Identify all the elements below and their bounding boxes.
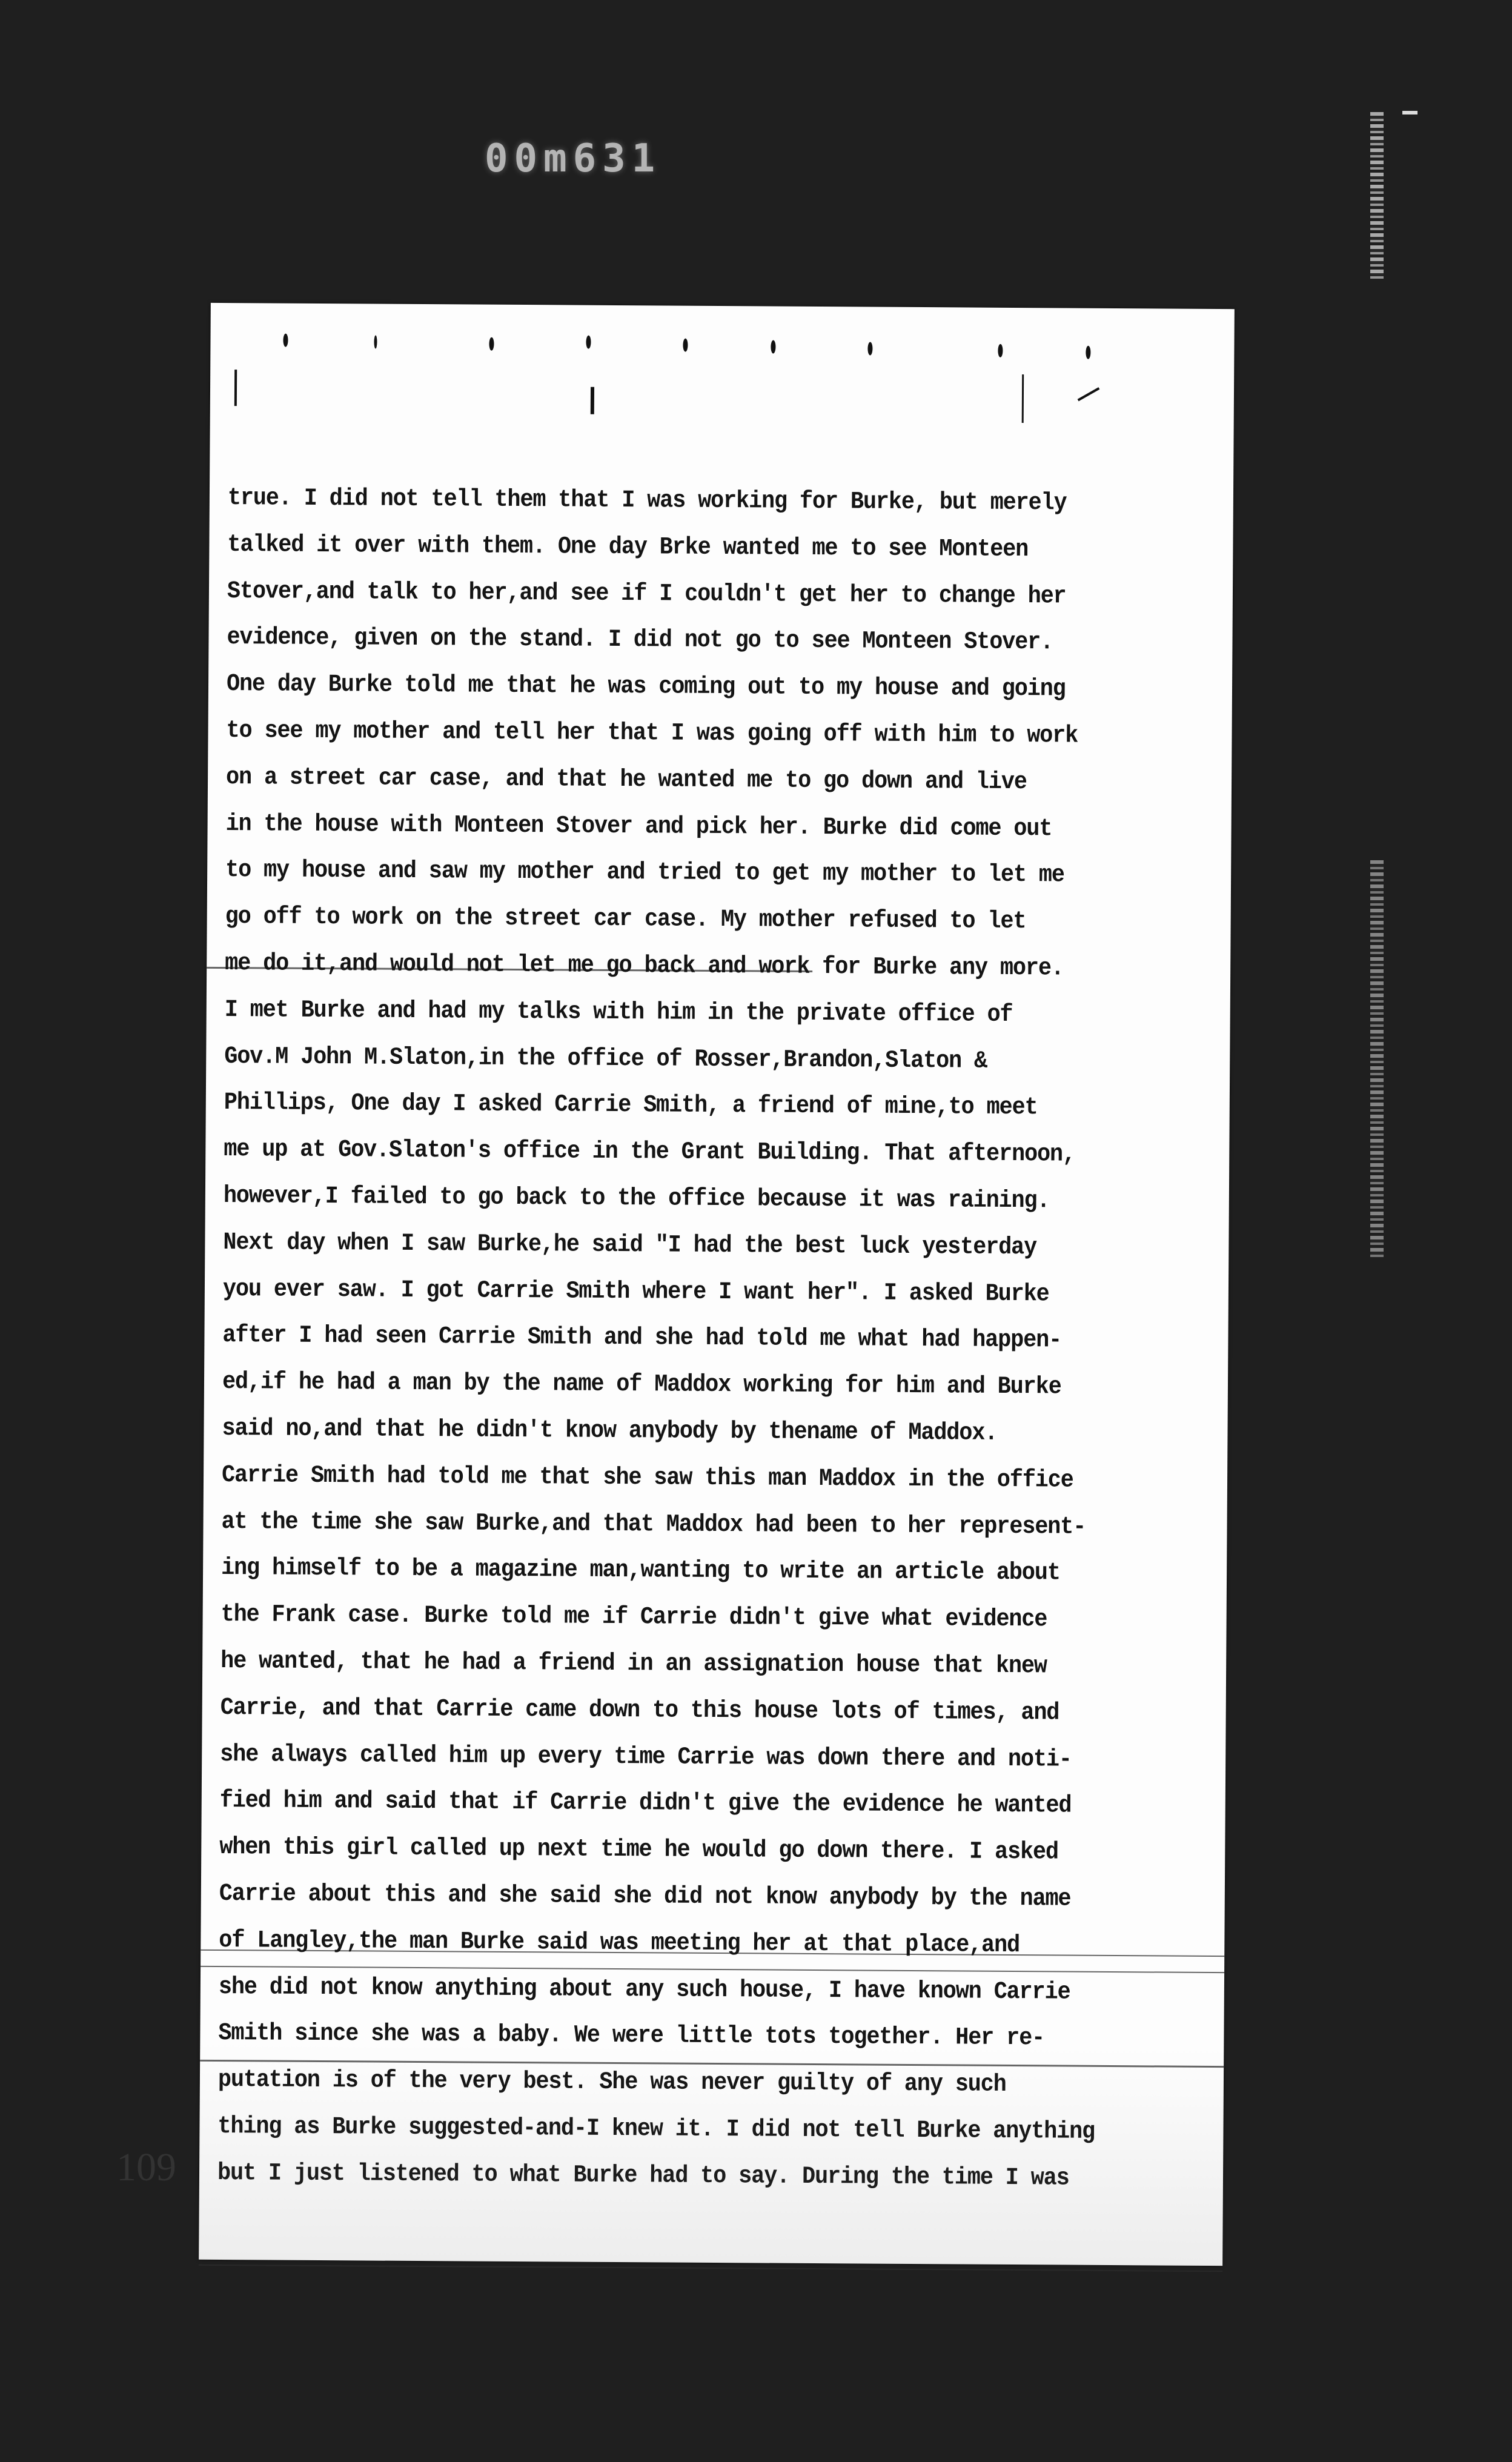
text-line: Carrie Smith had told me that she saw th…: [222, 1453, 1125, 1505]
punch-mark: [283, 334, 288, 347]
text-line: at the time she saw Burke,and that Maddo…: [221, 1499, 1124, 1551]
text-line: on a street car case, and that he wanted…: [226, 755, 1129, 807]
text-line: Gov.M John M.Slaton,in the office of Ros…: [224, 1034, 1127, 1086]
text-line: Next day when I saw Burke,he said "I had…: [223, 1220, 1126, 1272]
text-line: you ever saw. I got Carrie Smith where I…: [223, 1267, 1126, 1319]
text-line: go off to work on the street car case. M…: [225, 894, 1128, 946]
text-line: but I just listened to what Burke had to…: [217, 2151, 1121, 2203]
text-line: Carrie about this and she said she did n…: [219, 1871, 1122, 1923]
text-line: me up at Gov.Slaton's office in the Gran…: [224, 1127, 1127, 1179]
text-line: to see my mother and tell her that I was…: [226, 708, 1129, 760]
text-line: in the house with Monteen Stover and pic…: [225, 801, 1129, 854]
text-line: putation is of the very best. She was ne…: [218, 2057, 1121, 2109]
stray-mark: [1022, 374, 1024, 423]
text-line: said no,and that he didn't know anybody …: [222, 1406, 1125, 1458]
text-line: One day Burke told me that he was coming…: [227, 662, 1130, 714]
punch-mark: [489, 337, 494, 351]
film-edge-tick: [1402, 111, 1417, 114]
text-line: ing himself to be a magazine man,wanting…: [221, 1545, 1124, 1598]
text-line: he wanted, that he had a friend in an as…: [220, 1639, 1124, 1691]
text-line: thing as Burke suggested-and-I knew it. …: [217, 2104, 1121, 2156]
punch-mark: [586, 336, 591, 349]
text-line: talked it over with them. One day Brke w…: [227, 522, 1130, 574]
text-line: me do it,and would not let me go back an…: [225, 941, 1128, 993]
text-line: after I had seen Carrie Smith and she ha…: [222, 1313, 1126, 1365]
text-line: however,I failed to go back to the offic…: [224, 1173, 1127, 1226]
text-line: evidence, given on the stand. I did not …: [227, 615, 1130, 667]
film-edge-marking-middle: [1370, 860, 1384, 1260]
text-line: I met Burke and had my talks with him in…: [225, 987, 1128, 1040]
text-line: she did not know anything about any such…: [219, 1965, 1122, 2017]
frame-number: 00m631: [485, 136, 661, 181]
film-edge-marking-top: [1370, 112, 1384, 282]
text-line: Phillips, One day I asked Carrie Smith, …: [224, 1080, 1127, 1132]
punch-mark: [867, 342, 872, 355]
text-line: Smith since she was a baby. We were litt…: [218, 2011, 1121, 2063]
punch-mark: [771, 340, 775, 354]
punch-hole-row: [247, 333, 1155, 363]
text-line: of Langley,the man Burke said was meetin…: [219, 1918, 1122, 1970]
stray-mark: [591, 387, 594, 414]
punch-mark: [1086, 346, 1090, 359]
text-line: Stover,and talk to her,and see if I coul…: [227, 569, 1130, 621]
typewritten-body: true. I did not tell them that I was wor…: [217, 476, 1209, 2203]
scan-line: [199, 2265, 1222, 2272]
text-line: to my house and saw my mother and tried …: [225, 848, 1129, 900]
text-line: she always called him up every time Carr…: [220, 1732, 1123, 1784]
text-line: true. I did not tell them that I was wor…: [228, 476, 1131, 528]
page-number: 109: [116, 2145, 176, 2191]
stray-mark: [1078, 387, 1100, 401]
text-line: when this girl called up next time he wo…: [219, 1825, 1122, 1877]
punch-mark: [998, 344, 1003, 357]
document-page: true. I did not tell them that I was wor…: [199, 303, 1235, 2266]
text-line: fied him and said that if Carrie didn't …: [220, 1778, 1123, 1830]
text-line: the Frank case. Burke told me if Carrie …: [220, 1592, 1124, 1644]
punch-mark: [374, 336, 377, 349]
stray-mark: [234, 370, 237, 406]
punch-mark: [683, 339, 688, 352]
text-line: Carrie, and that Carrie came down to thi…: [220, 1685, 1123, 1737]
text-line: ed,if he had a man by the name of Maddox…: [222, 1359, 1126, 1412]
